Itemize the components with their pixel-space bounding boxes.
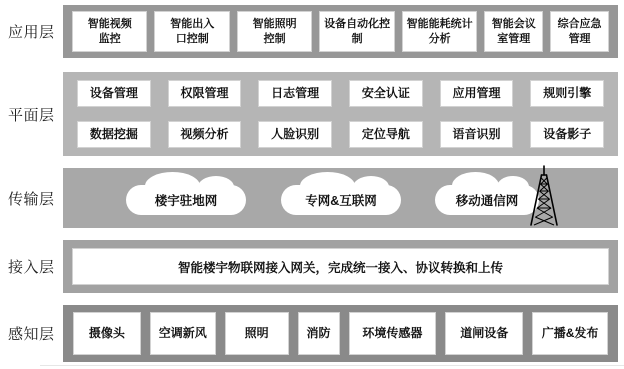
perc-item-barrier-gate: 道闸设备 xyxy=(445,312,523,355)
platform-row-1: 设备管理 权限管理 日志管理 安全认证 应用管理 规则引擎 xyxy=(77,80,604,107)
platform-item-security-auth: 安全认证 xyxy=(349,80,423,107)
iot-gateway-box: 智能楼宇物联网接入网关，完成统一接入、协议转换和上传 xyxy=(72,248,609,285)
platform-item-face-recognition: 人脸识别 xyxy=(258,121,332,148)
layer-row-platform: 平面层 设备管理 权限管理 日志管理 安全认证 应用管理 规则引擎 数据挖掘 视… xyxy=(0,72,624,156)
app-item-meeting-room: 智能会议 室管理 xyxy=(484,11,543,52)
platform-item-video-analysis: 视频分析 xyxy=(168,121,242,148)
band-transmission: 楼宇驻地网 专网&互联网 移动通信网 xyxy=(63,168,618,228)
cloud-mobile-network: 移动通信网 xyxy=(435,185,539,215)
perc-item-camera: 摄像头 xyxy=(73,312,141,355)
perc-item-env-sensor: 环境传感器 xyxy=(349,312,437,355)
cloud-private-internet: 专网&互联网 xyxy=(281,185,401,215)
architecture-diagram: 应用层 智能视频 监控 智能出入 口控制 智能照明 控制 设备自动化控 制 智能… xyxy=(0,5,624,362)
platform-item-positioning-nav: 定位导航 xyxy=(349,121,423,148)
platform-item-device-mgmt: 设备管理 xyxy=(77,80,151,107)
platform-item-permission-mgmt: 权限管理 xyxy=(168,80,242,107)
platform-item-log-mgmt: 日志管理 xyxy=(258,80,332,107)
radio-tower-icon xyxy=(527,165,561,229)
platform-item-data-mining: 数据挖掘 xyxy=(77,121,151,148)
layer-label-perception: 感知层 xyxy=(0,305,63,362)
band-access: 智能楼宇物联网接入网关，完成统一接入、协议转换和上传 xyxy=(63,240,618,293)
layer-label-access: 接入层 xyxy=(0,240,63,293)
perc-item-broadcast: 广播&发布 xyxy=(532,312,608,355)
layer-label-transmission: 传输层 xyxy=(0,168,63,228)
app-item-energy-analysis: 智能能耗统计 分析 xyxy=(402,11,477,52)
app-item-emergency-mgmt: 综合应急 管理 xyxy=(550,11,609,52)
platform-item-device-shadow: 设备影子 xyxy=(530,121,604,148)
layer-label-application: 应用层 xyxy=(0,5,63,58)
platform-row-2: 数据挖掘 视频分析 人脸识别 定位导航 语音识别 设备影子 xyxy=(77,121,604,148)
platform-item-speech-recognition: 语音识别 xyxy=(440,121,514,148)
app-item-video-surveillance: 智能视频 监控 xyxy=(72,11,147,52)
band-platform: 设备管理 权限管理 日志管理 安全认证 应用管理 规则引擎 数据挖掘 视频分析 … xyxy=(63,72,618,156)
platform-item-rule-engine: 规则引擎 xyxy=(530,80,604,107)
perc-item-lighting: 照明 xyxy=(225,312,289,355)
cloud-label: 楼宇驻地网 xyxy=(155,191,218,209)
app-item-lighting-control: 智能照明 控制 xyxy=(237,11,312,52)
app-item-automation-control: 设备自动化控 制 xyxy=(319,11,394,52)
cloud-label: 移动通信网 xyxy=(456,191,519,209)
layer-row-access: 接入层 智能楼宇物联网接入网关，完成统一接入、协议转换和上传 xyxy=(0,240,624,293)
band-application: 智能视频 监控 智能出入 口控制 智能照明 控制 设备自动化控 制 智能能耗统计… xyxy=(63,5,618,58)
perc-item-fire: 消防 xyxy=(298,312,340,355)
perc-item-hvac: 空调新风 xyxy=(150,312,216,355)
cloud-label: 专网&互联网 xyxy=(305,191,377,209)
layer-label-platform: 平面层 xyxy=(0,72,63,156)
app-item-access-control: 智能出入 口控制 xyxy=(154,11,229,52)
platform-item-app-mgmt: 应用管理 xyxy=(440,80,514,107)
cloud-building-premises-network: 楼宇驻地网 xyxy=(126,185,246,215)
layer-row-perception: 感知层 摄像头 空调新风 照明 消防 环境传感器 道闸设备 广播&发布 xyxy=(0,305,624,362)
layer-row-application: 应用层 智能视频 监控 智能出入 口控制 智能照明 控制 设备自动化控 制 智能… xyxy=(0,5,624,58)
bottom-divider xyxy=(40,365,624,366)
band-perception: 摄像头 空调新风 照明 消防 环境传感器 道闸设备 广播&发布 xyxy=(63,305,618,362)
layer-row-transmission: 传输层 楼宇驻地网 专网&互联网 移动通信网 xyxy=(0,168,624,228)
